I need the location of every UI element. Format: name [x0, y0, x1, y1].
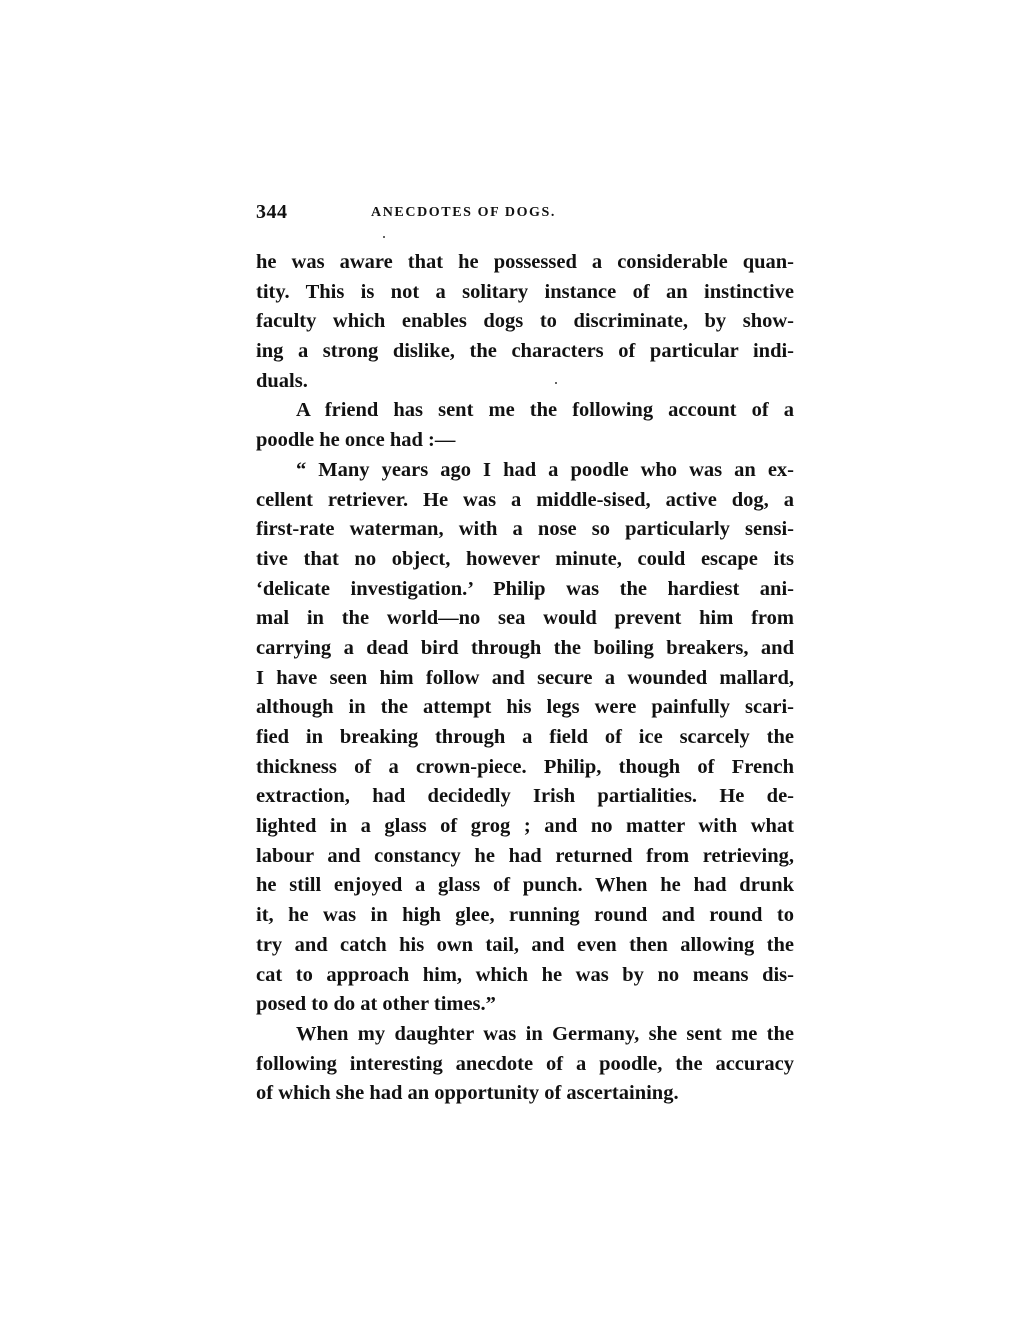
text-line: extraction, had decidedly Irish partiali… [256, 782, 794, 812]
ink-speck [555, 382, 557, 384]
running-head: 344 ANECDOTES OF DOGS. [256, 200, 796, 224]
text-line: he still enjoyed a glass of punch. When … [256, 871, 794, 901]
ink-speck [383, 236, 385, 238]
text-line: I have seen him follow and secure a woun… [256, 664, 794, 694]
text-line: mal in the world—no sea would prevent hi… [256, 604, 794, 634]
text-line: cat to approach him, which he was by no … [256, 961, 794, 991]
paragraph-daughter-germany: When my daughter was in Germany, she sen… [256, 1020, 794, 1109]
text-line: tive that no object, however minute, cou… [256, 545, 794, 575]
running-title: ANECDOTES OF DOGS. [371, 203, 556, 223]
text-line: posed to do at other times.” [256, 990, 794, 1020]
text-line: although in the attempt his legs were pa… [256, 693, 794, 723]
paragraph-continuation: he was aware that he possessed a conside… [256, 248, 794, 396]
text-line: carrying a dead bird through the boiling… [256, 634, 794, 664]
body-text: he was aware that he possessed a conside… [256, 248, 794, 1109]
text-line: fied in breaking through a field of ice … [256, 723, 794, 753]
text-line: first-rate waterman, with a nose so part… [256, 515, 794, 545]
text-line: following interesting anecdote of a pood… [256, 1050, 794, 1080]
text-line: ing a strong dislike, the characters of … [256, 337, 794, 367]
text-line: “ Many years ago I had a poodle who was … [256, 456, 794, 486]
text-line: try and catch his own tail, and even the… [256, 931, 794, 961]
text-line: labour and constancy he had returned fro… [256, 842, 794, 872]
text-line: A friend has sent me the following accou… [256, 396, 794, 426]
page-number: 344 [256, 200, 288, 224]
text-line: tity. This is not a solitary instance of… [256, 278, 794, 308]
text-line: ‘delicate investigation.’ Philip was the… [256, 575, 794, 605]
paragraph-friend-account: A friend has sent me the following accou… [256, 396, 794, 455]
text-line: cellent retriever. He was a middle-sised… [256, 486, 794, 516]
ink-speck [563, 679, 565, 681]
text-line: When my daughter was in Germany, she sen… [256, 1020, 794, 1050]
text-line: lighted in a glass of grog ; and no matt… [256, 812, 794, 842]
text-line: of which she had an opportunity of ascer… [256, 1079, 794, 1109]
paragraph-poodle-quote: “ Many years ago I had a poodle who was … [256, 456, 794, 1020]
text-line: duals. [256, 367, 794, 397]
book-page: 344 ANECDOTES OF DOGS. he was aware that… [0, 0, 1033, 1339]
text-line: poodle he once had :— [256, 426, 794, 456]
text-line: thickness of a crown-piece. Philip, thou… [256, 753, 794, 783]
text-line: it, he was in high glee, running round a… [256, 901, 794, 931]
text-line: faculty which enables dogs to discrimina… [256, 307, 794, 337]
text-line: he was aware that he possessed a conside… [256, 248, 794, 278]
